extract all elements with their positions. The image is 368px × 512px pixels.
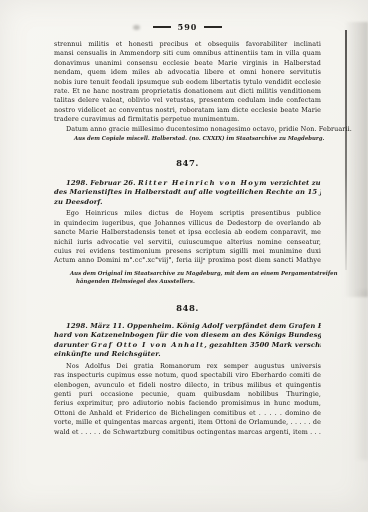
regest-text: verzichtet zu Gunsten [268, 179, 321, 187]
text-line: wald et . . . . . de Schwartzburg comiti… [54, 428, 321, 437]
regest-text: darunter [54, 341, 91, 349]
source-note-copiale: Aus dem Copiale miscell. Halberstad. (no… [74, 136, 321, 143]
text-line: rate. Et ne hanc nostram proprietatis do… [54, 87, 321, 96]
text-line: donavimus unanimi consensu ecclesie beat… [54, 59, 321, 68]
text-line: ferius exprimitur, pro adiutorio nobis f… [54, 399, 321, 408]
regest-line: hard von Katzenelnbogen für die von dies… [54, 331, 321, 341]
text-line: nostro videlicet ac conventus nostri, ro… [54, 106, 321, 115]
scan-edge-shadow [344, 22, 368, 297]
regest-line: darunter Graf Otto I von Anhalt, gezahlt… [54, 341, 321, 351]
source-note-line: hängenden Helmsiegel des Ausstellers. [70, 278, 321, 286]
regest-848: 1298. März 11. Oppenheim. König Adolf ve… [54, 322, 321, 360]
text-line: Ottoni de Anhald et Friderico de Bicheli… [54, 409, 321, 418]
text-line: vorte, mille et quingentas marcas argent… [54, 418, 321, 427]
text-line: genti puri occasione pecunie, quam quibu… [54, 390, 321, 399]
regest-line: 1298. Februar 26. Ritter Heinrich von Ho… [54, 179, 321, 189]
text-line: cuius rei evidens testimonium presens sc… [54, 247, 321, 256]
page-header: 590 [54, 22, 321, 32]
text-line: nendam, quem idem miles ab advocatia lib… [54, 68, 321, 77]
regest-847: 1298. Februar 26. Ritter Heinrich von Ho… [54, 179, 321, 208]
entry-number-847: 847. [54, 159, 321, 169]
latin-body-848: Nos Adolfus Dei gratia Romanorum rex sem… [54, 362, 321, 437]
spaced-name-heinrich-von-hoym: Ritter Heinrich von Hoym [138, 179, 268, 187]
text-line: elenbogen, avunculo et fideli nostro dil… [54, 381, 321, 390]
regest-line: 1298. März 11. Oppenheim. König Adolf ve… [54, 322, 321, 332]
datum-line: Datum anno gracie millesimo ducentesimo … [54, 125, 321, 134]
header-rule-right [204, 26, 222, 27]
text-line: strennui militis et honesti precibus et … [54, 40, 321, 49]
text-line: nichil iuris advocatie vel servitii, cui… [54, 238, 321, 247]
text-line: sancte Marie Halberstadensis tenet et ip… [54, 228, 321, 237]
page-number: 590 [178, 22, 198, 32]
text-line: talitas delere valeat, oblivio vel vetus… [54, 96, 321, 105]
scanned-page: 590 strennui militis et honesti precibus… [0, 0, 368, 512]
regest-line: des Marienstiftes in Halberstadt auf all… [54, 188, 321, 198]
scan-edge-shadow-lower [354, 290, 368, 460]
header-rule-left [153, 26, 171, 27]
text-line: tradere curavimus ad firmitatis perpetue… [54, 115, 321, 124]
spaced-name-graf-otto-von-anhalt: Graf Otto I von Anhalt [91, 341, 204, 349]
latin-body-847: Ego Heinricus miles dictus de Hoyem scri… [54, 209, 321, 265]
text-line: mansi censualis in Ammendorp siti cum om… [54, 49, 321, 58]
text-line: Nos Adolfus Dei gratia Romanorum rex sem… [54, 362, 321, 371]
source-note-847: Aus dem Original im Staatsarchive zu Mag… [70, 270, 321, 286]
continuation-paragraph: strennui militis et honesti precibus et … [54, 40, 321, 134]
entry-number-848: 848. [54, 304, 321, 314]
text-line: ras inspecturis cupimus esse notum, quod… [54, 371, 321, 380]
regest-date: 1298. Februar 26. [66, 179, 138, 187]
text-block: 590 strennui militis et honesti precibus… [54, 22, 321, 437]
text-line: Actum anno Domini m°.cc°.xc°viij°, feria… [54, 256, 321, 265]
text-line: Ego Heinricus miles dictus de Hoyem scri… [54, 209, 321, 218]
regest-line: zu Deesdorf. [54, 198, 321, 208]
regest-text: , gezahlten 3500 Mark verschiedene Reich… [204, 341, 321, 349]
scan-edge-line [345, 30, 347, 270]
text-line: in quindecim iugeribus, que Johannes vil… [54, 219, 321, 228]
source-note-line: Aus dem Original im Staatsarchive zu Mag… [70, 270, 321, 278]
regest-line: einkünfte und Reichsgüter. [54, 350, 321, 360]
text-line: nobis iure tenuit feodali ipsumque sub e… [54, 78, 321, 87]
